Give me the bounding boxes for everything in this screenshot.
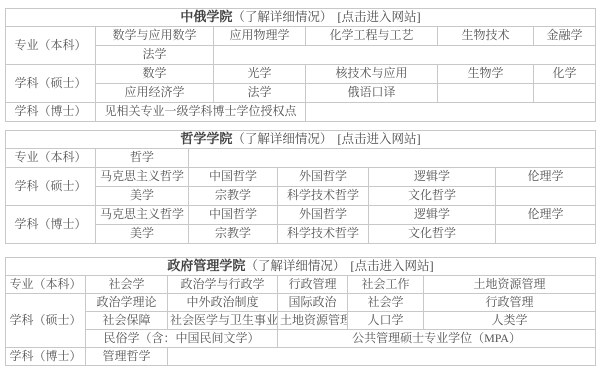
table-row: 民俗学（含：中国民间文学） 公共管理硕士专业学位（MPA）: [6, 330, 596, 348]
program-cell: 外国哲学: [278, 206, 369, 225]
program-cell: 社会医学与卫生事业管理: [168, 312, 278, 330]
program-cell: 美学: [96, 225, 189, 244]
program-cell: 行政管理: [278, 276, 348, 294]
program-cell: 人类学: [424, 312, 596, 330]
program-cell: 数学与应用数学: [96, 27, 214, 46]
table-row: 学科（硕士） 政治学理论 中外政治制度 国际政治 社会学 行政管理: [6, 294, 596, 312]
program-cell: 行政管理: [424, 294, 596, 312]
table-row: 学科（硕士） 马克思主义哲学 中国哲学 外国哲学 逻辑学 伦理学: [6, 168, 596, 187]
program-cell: 化学工程与工艺: [306, 27, 438, 46]
row-label-bachelor: 专业（本科）: [6, 149, 96, 168]
program-cell: 社会学: [86, 276, 168, 294]
program-cell: 法学: [214, 84, 306, 103]
program-cell: 数学: [96, 65, 214, 84]
program-cell: 美学: [96, 187, 189, 206]
program-cell: 中国哲学: [189, 168, 278, 187]
program-cell: 应用经济学: [96, 84, 214, 103]
program-cell: 应用物理学: [214, 27, 306, 46]
program-cell: 政治学理论: [86, 294, 168, 312]
site-link[interactable]: [点击进入网站]: [337, 132, 420, 146]
program-cell: 金融学: [534, 27, 596, 46]
table-row: 哲学学院（了解详细情况）[点击进入网站]: [6, 131, 596, 149]
detail-link[interactable]: （了解详细情况）: [232, 132, 332, 146]
row-label-doctor: 学科（博士）: [6, 348, 86, 366]
program-cell: 法学: [96, 46, 214, 65]
empty-cell: [168, 348, 596, 366]
program-cell: 见相关专业一级学科博士学位授权点: [96, 103, 306, 122]
program-cell: 管理哲学: [86, 348, 168, 366]
empty-cell: [534, 84, 596, 103]
table-row: 学科（博士） 管理哲学: [6, 348, 596, 366]
program-cell: 社会学: [348, 294, 424, 312]
program-cell: 马克思主义哲学: [96, 168, 189, 187]
college-name: 哲学学院: [180, 131, 232, 146]
table-row: 学科（博士） 马克思主义哲学 中国哲学 外国哲学 逻辑学 伦理学: [6, 206, 596, 225]
program-cell: 土地资源管理: [424, 276, 596, 294]
table-row: 社会保障 社会医学与卫生事业管理 土地资源管理 人口学 人类学: [6, 312, 596, 330]
table-row: 专业（本科） 哲学: [6, 149, 596, 168]
table-row: 学科（硕士） 数学 光学 核技术与应用 生物学 化学: [6, 65, 596, 84]
program-cell: 伦理学: [496, 206, 596, 225]
program-cell: 生物技术: [438, 27, 534, 46]
row-label-bachelor: 专业（本科）: [6, 27, 96, 65]
detail-link[interactable]: （了解详细情况）: [245, 259, 345, 273]
program-cell: 中国哲学: [189, 206, 278, 225]
program-cell: 土地资源管理: [278, 312, 348, 330]
program-cell: 核技术与应用: [306, 65, 438, 84]
program-cell: 光学: [214, 65, 306, 84]
program-cell: 生物学: [438, 65, 534, 84]
program-cell: 文化哲学: [369, 225, 496, 244]
empty-cell: [438, 84, 534, 103]
program-cell: 伦理学: [496, 168, 596, 187]
program-cell: 科学技术哲学: [278, 225, 369, 244]
program-cell: 人口学: [348, 312, 424, 330]
site-link[interactable]: [点击进入网站]: [350, 259, 433, 273]
row-label-doctor: 学科（博士）: [6, 206, 96, 244]
college-table-government: 政府管理学院（了解详细情况）[点击进入网站] 专业（本科） 社会学 政治学与行政…: [5, 257, 596, 366]
college-title: 哲学学院（了解详细情况）[点击进入网站]: [6, 131, 596, 149]
program-cell: 科学技术哲学: [278, 187, 369, 206]
program-cell: 俄语口译: [306, 84, 438, 103]
program-cell: 文化哲学: [369, 187, 496, 206]
college-name: 政府管理学院: [167, 258, 245, 273]
program-cell: 社会工作: [348, 276, 424, 294]
table-row: 政府管理学院（了解详细情况）[点击进入网站]: [6, 258, 596, 276]
program-cell: 社会保障: [86, 312, 168, 330]
program-cell: 政治学与行政学: [168, 276, 278, 294]
college-title: 中俄学院（了解详细情况）[点击进入网站]: [6, 9, 596, 27]
college-title: 政府管理学院（了解详细情况）[点击进入网站]: [6, 258, 596, 276]
program-cell: 逻辑学: [369, 206, 496, 225]
program-cell: 哲学: [96, 149, 189, 168]
program-cell: 化学: [534, 65, 596, 84]
empty-cell: [496, 225, 596, 244]
row-label-doctor: 学科（博士）: [6, 103, 96, 122]
program-cell: 宗教学: [189, 187, 278, 206]
program-cell: 外国哲学: [278, 168, 369, 187]
empty-cell: [189, 149, 596, 168]
college-table-philosophy: 哲学学院（了解详细情况）[点击进入网站] 专业（本科） 哲学 学科（硕士） 马克…: [5, 130, 596, 244]
empty-cell: [214, 46, 596, 65]
row-label-master: 学科（硕士）: [6, 294, 86, 348]
college-table-sino-russian: 中俄学院（了解详细情况）[点击进入网站] 专业（本科） 数学与应用数学 应用物理…: [5, 8, 596, 122]
program-cell: 宗教学: [189, 225, 278, 244]
row-label-master: 学科（硕士）: [6, 65, 96, 103]
row-label-master: 学科（硕士）: [6, 168, 96, 206]
empty-cell: [496, 187, 596, 206]
program-cell: 民俗学（含：中国民间文学）: [86, 330, 278, 348]
table-row: 专业（本科） 社会学 政治学与行政学 行政管理 社会工作 土地资源管理: [6, 276, 596, 294]
site-link[interactable]: [点击进入网站]: [337, 10, 420, 24]
program-cell: 公共管理硕士专业学位（MPA）: [278, 330, 596, 348]
table-row: 中俄学院（了解详细情况）[点击进入网站]: [6, 9, 596, 27]
program-cell: 中外政治制度: [168, 294, 278, 312]
program-cell: 国际政治: [278, 294, 348, 312]
program-cell: 马克思主义哲学: [96, 206, 189, 225]
table-row: 专业（本科） 数学与应用数学 应用物理学 化学工程与工艺 生物技术 金融学: [6, 27, 596, 46]
college-name: 中俄学院: [180, 9, 232, 24]
table-row: 学科（博士） 见相关专业一级学科博士学位授权点: [6, 103, 596, 122]
row-label-bachelor: 专业（本科）: [6, 276, 86, 294]
empty-cell: [306, 103, 596, 122]
detail-link[interactable]: （了解详细情况）: [232, 10, 332, 24]
program-cell: 逻辑学: [369, 168, 496, 187]
